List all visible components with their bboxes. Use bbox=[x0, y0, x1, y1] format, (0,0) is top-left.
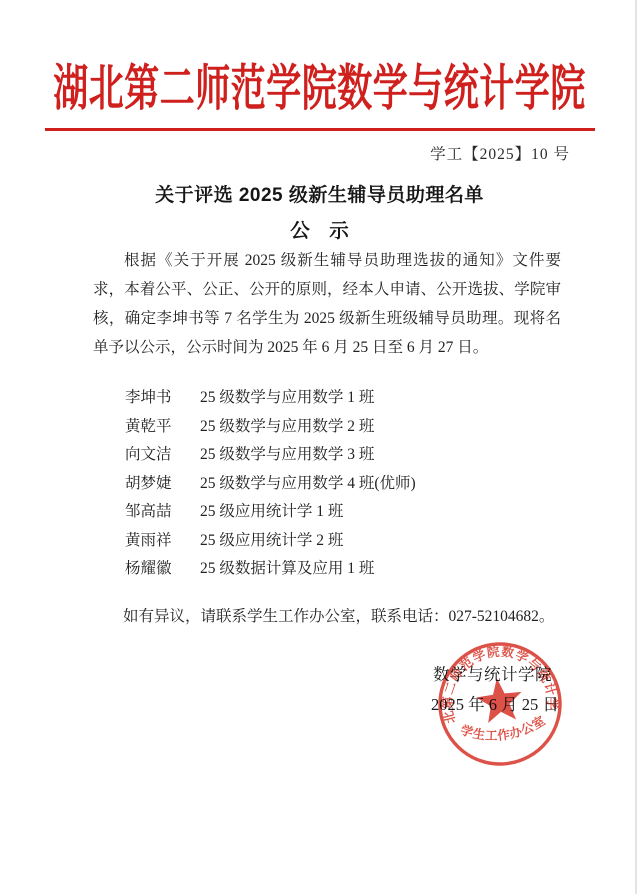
letterhead-org-title: 湖北第二师范学院数学与统计学院 bbox=[0, 64, 639, 114]
seal-bottom-text: 学生工作办公室 bbox=[457, 712, 549, 748]
student-name: 胡梦婕 bbox=[125, 471, 200, 493]
roster-row: 邹高喆 25 级应用统计学 1 班 bbox=[125, 496, 545, 525]
student-name: 李坤书 bbox=[125, 385, 200, 407]
student-class: 25 级数学与应用数学 3 班 bbox=[200, 442, 545, 464]
student-class: 25 级数据计算及应用 1 班 bbox=[200, 556, 545, 578]
student-name: 向文洁 bbox=[125, 442, 200, 464]
student-class: 25 级数学与应用数学 4 班(优师) bbox=[200, 471, 545, 493]
doc-number: 学工【2025】10 号 bbox=[430, 142, 570, 164]
student-name: 黄乾平 bbox=[125, 414, 200, 436]
seal-star-icon bbox=[474, 675, 525, 724]
roster-row: 黄乾平 25 级数学与应用数学 2 班 bbox=[125, 411, 545, 440]
scan-edge-line bbox=[635, 0, 637, 894]
roster-row: 胡梦婕 25 级数学与应用数学 4 班(优师) bbox=[125, 468, 545, 497]
notice-body-paragraph: 根据《关于开展 2025 级新生辅导员助理选拔的通知》文件要求，本着公平、公正、… bbox=[93, 246, 561, 362]
roster-row: 向文洁 25 级数学与应用数学 3 班 bbox=[125, 439, 545, 468]
student-name: 黄雨祥 bbox=[125, 528, 200, 550]
student-class: 25 级数学与应用数学 2 班 bbox=[200, 414, 545, 436]
roster-row: 李坤书 25 级数学与应用数学 1 班 bbox=[125, 382, 545, 411]
svg-text:学生工作办公室: 学生工作办公室 bbox=[457, 712, 549, 748]
roster-row: 黄雨祥 25 级应用统计学 2 班 bbox=[125, 525, 545, 554]
roster-list: 李坤书 25 级数学与应用数学 1 班 黄乾平 25 级数学与应用数学 2 班 … bbox=[125, 382, 545, 582]
notice-subtitle: 公 示 bbox=[0, 215, 639, 243]
official-seal: 湖北第二师范学院数学与统计学院 学生工作办公室 bbox=[434, 638, 566, 770]
roster-row: 杨耀徽 25 级数据计算及应用 1 班 bbox=[125, 553, 545, 582]
letterhead-divider bbox=[45, 128, 595, 131]
contact-line: 如有异议，请联系学生工作办公室，联系电话：027-52104682。 bbox=[93, 606, 573, 628]
student-class: 25 级数学与应用数学 1 班 bbox=[200, 385, 545, 407]
notice-title: 关于评选 2025 级新生辅导员助理名单 bbox=[0, 180, 639, 207]
student-name: 邹高喆 bbox=[125, 499, 200, 521]
student-class: 25 级应用统计学 2 班 bbox=[200, 528, 545, 550]
student-name: 杨耀徽 bbox=[125, 556, 200, 578]
document-page: 湖北第二师范学院数学与统计学院 学工【2025】10 号 关于评选 2025 级… bbox=[0, 0, 639, 894]
student-class: 25 级应用统计学 1 班 bbox=[200, 499, 545, 521]
